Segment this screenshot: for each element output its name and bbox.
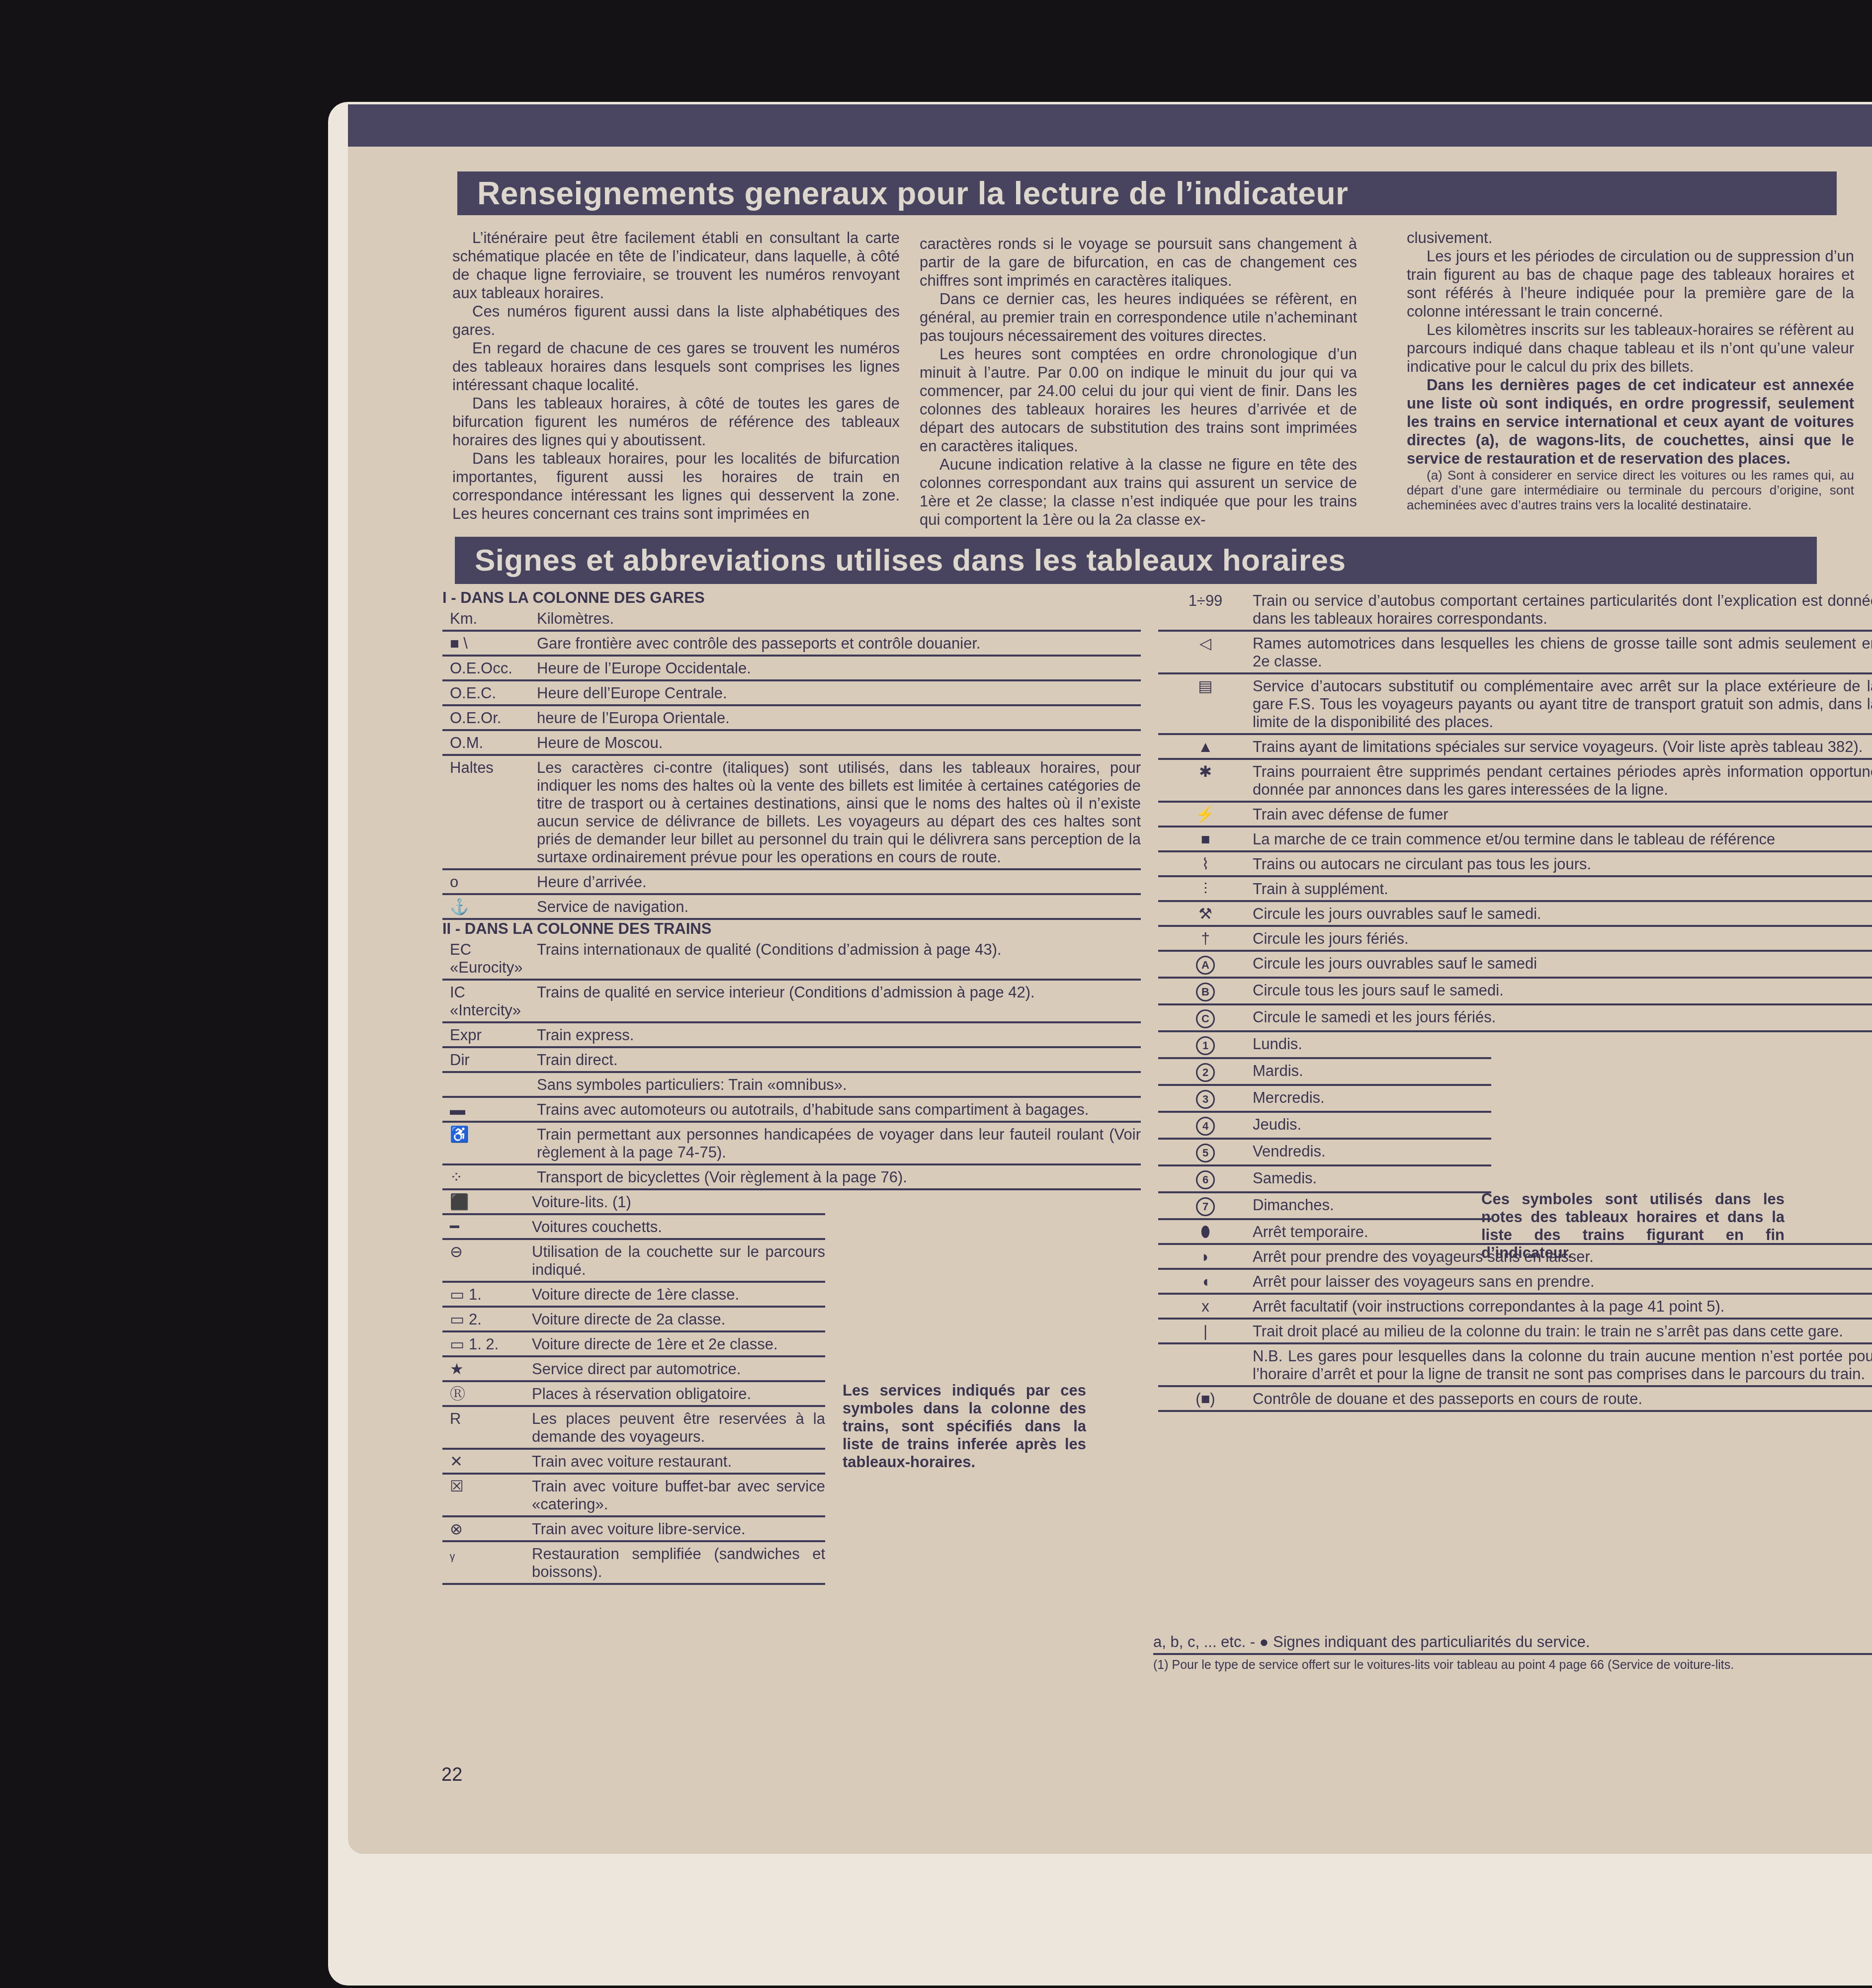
sign-row: ⚒Circule les jours ouvrables sauf le sam… [1158, 902, 1872, 927]
sign-symbol: O.E.Occ. [442, 660, 537, 677]
sign-description: Heure d’arrivée. [537, 873, 1141, 891]
paragraph: En regard de chacune de ces gares se tro… [452, 339, 900, 394]
dropoff-only-icon: ◖ [1158, 1273, 1253, 1291]
through-coach-icon: ▭ 1. [442, 1286, 532, 1304]
sign-row: ✕Train avec voiture restaurant. [442, 1450, 825, 1475]
sign-row: CCircule le samedi et les jours fériés. [1158, 1005, 1872, 1032]
sign-description: Kilomètres. [537, 610, 1141, 628]
sign-row: ⓇPlaces à réservation obligatoire. [442, 1382, 825, 1407]
sign-description: Train avec voiture buffet-bar avec servi… [532, 1478, 825, 1513]
triangle-icon: ▲ [1158, 738, 1253, 756]
sign-row: O.M.Heure de Moscou. [442, 731, 1141, 756]
section-heading: I - DANS LA COLONNE DES GARES [442, 589, 1141, 607]
sign-row: 1Lundis. [1158, 1032, 1491, 1059]
sign-description: Vendredis. [1253, 1143, 1491, 1162]
sign-row: EC «Eurocity»Trains internationaux de qu… [442, 938, 1141, 981]
sign-description: Trains ou autocars ne circulant pas tous… [1253, 855, 1872, 873]
dog-icon: ◁ [1158, 635, 1253, 670]
restaurant-icon: ✕ [442, 1453, 532, 1471]
sign-description: N.B. Les gares pour lesquelles dans la c… [1253, 1347, 1872, 1383]
sleeping-car-icon: ⬛ [442, 1193, 532, 1211]
sign-row: ▬Trains avec automoteurs ou autotrails, … [442, 1098, 1141, 1123]
footer-signs: a, b, c, ... etc. - ● Signes indiquant d… [1153, 1630, 1872, 1655]
sign-row: ▭ 2.Voiture directe de 2a classe. [442, 1308, 825, 1332]
page-title: Renseignements generaux pour la lecture … [457, 171, 1837, 215]
sign-row: xArrêt facultatif (voir instructions cor… [1158, 1295, 1872, 1320]
paragraph: Dans les tableaux horaires, pour les loc… [452, 449, 900, 523]
sign-row: ⚡Train avec défense de fumer [1158, 803, 1872, 828]
paragraph: Ces numéros figurent aussi dans la liste… [452, 302, 900, 339]
sign-description: Trains internationaux de qualité (Condit… [537, 941, 1141, 977]
sign-row: ⫶Train à supplément. [1158, 877, 1872, 902]
couchette-icon: ━ [442, 1218, 532, 1236]
sign-description: Circule les jours ouvrables sauf le same… [1253, 905, 1872, 923]
sign-description: Rames automotrices dans lesquelles les c… [1253, 635, 1872, 670]
sign-row: ■La marche de ce train commence et/ou te… [1158, 828, 1872, 852]
buffet-bar-icon: ☒ [442, 1478, 532, 1513]
sign-row: HaltesLes caractères ci-contre (italique… [442, 756, 1141, 870]
bold-paragraph: Dans les dernières pages de cet indicate… [1407, 376, 1854, 468]
sign-row: O.E.C.Heure dell’Europe Centrale. [442, 681, 1141, 706]
days-note: Ces symboles sont utilisés dans les note… [1481, 1190, 1785, 1262]
temporary-stop-icon: ⬮ [1158, 1223, 1253, 1241]
circle-b-icon: B [1158, 982, 1253, 1001]
supplement-icon: ⫶ [1158, 880, 1253, 898]
couchette-circle-icon: ⊖ [442, 1243, 532, 1279]
sign-description: Trains pourraient être supprimés pendant… [1253, 763, 1872, 799]
railcar-icon: ▬ [442, 1101, 537, 1119]
through-coach-icon: ▭ 1. 2. [442, 1335, 532, 1353]
bus-icon: ▤ [1158, 677, 1253, 731]
circle-a-icon: A [1158, 955, 1253, 975]
sign-row: O.E.Or.heure de l’Europa Orientale. [442, 706, 1141, 731]
sign-row: Km.Kilomètres. [442, 607, 1141, 632]
sign-symbol: O.E.C. [442, 684, 537, 702]
customs-icon: (■) [1158, 1390, 1253, 1408]
sign-row: IC «Intercity»Trains de qualité en servi… [442, 981, 1141, 1023]
sign-symbol: 2 [1158, 1062, 1253, 1082]
sign-symbol: 5 [1158, 1143, 1253, 1162]
sign-description: Train avec voiture libre-service. [532, 1520, 825, 1538]
eurocity-icon: EC «Eurocity» [442, 941, 537, 977]
sign-row: ACircule les jours ouvrables sauf le sam… [1158, 952, 1872, 979]
sign-row: ■ \Gare frontière avec contrôle des pass… [442, 632, 1141, 657]
sign-row: 6Samedis. [1158, 1166, 1491, 1193]
reservation-required-icon: Ⓡ [442, 1385, 532, 1403]
wine-glass-icon: ᵧ [442, 1545, 532, 1581]
sign-description: Heure de l’Europe Occidentale. [537, 660, 1141, 677]
arrival-icon: o [442, 873, 537, 891]
sign-description: Train express. [537, 1026, 1141, 1044]
sign-description: Heure de Moscou. [537, 734, 1141, 752]
sign-row: ◖Arrêt pour laisser des voyageurs sans e… [1158, 1270, 1872, 1295]
sign-description: Train permettant aux personnes handicapé… [537, 1126, 1141, 1161]
bicycle-icon: ⁘ [442, 1168, 537, 1186]
paragraph: Les heures sont comptées en ordre chrono… [920, 345, 1357, 455]
paragraph: caractères ronds si le voyage se poursui… [920, 235, 1357, 290]
sign-symbol: O.M. [442, 734, 537, 752]
sign-description: Samedis. [1253, 1169, 1491, 1189]
asterisk-icon: ✱ [1158, 763, 1253, 799]
sign-symbol: Dir [442, 1051, 537, 1069]
star-icon: ★ [442, 1360, 532, 1378]
paragraph: Dans les tableaux horaires, à côté de to… [452, 394, 900, 449]
sign-description: Gare frontière avec contrôle des passepo… [537, 635, 1141, 653]
sign-row: DirTrain direct. [442, 1048, 1141, 1073]
page-number: 22 [441, 1764, 462, 1786]
sign-description: Circule les jours ouvrables sauf le same… [1253, 955, 1872, 975]
sign-symbol: O.E.Or. [442, 709, 537, 727]
sign-description: Voitures couchetts. [532, 1218, 825, 1236]
sign-row: ᵧRestauration semplifiée (sandwiches et … [442, 1542, 825, 1585]
self-service-icon: ⊗ [442, 1520, 532, 1538]
train-column-note: Les services indiqués par ces symboles d… [843, 1382, 1086, 1471]
sign-row: 2Mardis. [1158, 1059, 1491, 1086]
sign-description: Voiture directe de 1ère et 2e classe. [532, 1335, 825, 1353]
pickup-only-icon: ◗ [1158, 1248, 1253, 1266]
sign-row: ⚓Service de navigation. [442, 895, 1141, 920]
sign-description: Places à réservation obligatoire. [532, 1385, 825, 1403]
no-smoking-icon: ⚡ [1158, 806, 1253, 824]
paragraph: Les kilomètres inscrits sur les tableaux… [1407, 321, 1854, 376]
sign-row: 1÷99Train ou service d’autobus comportan… [1158, 589, 1872, 632]
sign-row: ★Service direct par automotrice. [442, 1357, 825, 1382]
sign-row: ▲Trains ayant de limitations spéciales s… [1158, 735, 1872, 760]
sign-row: ♿Train permettant aux personnes handicap… [442, 1123, 1141, 1165]
hammers-icon: ⚒ [1158, 905, 1253, 923]
intro-column-1: L’iténéraire peut être facilement établi… [452, 229, 900, 523]
wavy-line-icon: ⌇ [1158, 855, 1253, 873]
sign-row: Sans symboles particuliers: Train «omnib… [442, 1073, 1141, 1098]
sign-row: ExprTrain express. [442, 1023, 1141, 1048]
sign-symbol: Expr [442, 1026, 537, 1044]
cross-icon: † [1158, 930, 1253, 948]
sign-symbol [442, 1076, 537, 1094]
sign-symbol: R [442, 1410, 532, 1446]
sign-row: ━Voitures couchetts. [442, 1215, 825, 1240]
sign-description: Train ou service d’autobus comportant ce… [1253, 592, 1872, 628]
sign-description: Contrôle de douane et des passeports en … [1253, 1390, 1872, 1408]
footnote: (1) Pour le type de service offert sur l… [1153, 1655, 1872, 1672]
sign-row: oHeure d’arrivée. [442, 870, 1141, 895]
sign-description: Service de navigation. [537, 898, 1141, 916]
sign-row: ☒Train avec voiture buffet-bar avec serv… [442, 1475, 825, 1517]
sign-description: Sans symboles particuliers: Train «omnib… [537, 1076, 1141, 1094]
sign-description: Mercredis. [1253, 1089, 1491, 1109]
sign-description: Restauration semplifiée (sandwiches et b… [532, 1545, 825, 1581]
sign-description: Train avec défense de fumer [1253, 806, 1872, 824]
paragraph: Dans ce dernier cas, les heures indiquée… [920, 290, 1357, 345]
sign-description: Les places peuvent être reservées à la d… [532, 1410, 825, 1446]
paragraph: Les jours et les périodes de circulation… [1407, 247, 1854, 321]
sign-description: Trait droit placé au milieu de la colonn… [1253, 1323, 1872, 1340]
special-number-icon: 1÷99 [1158, 592, 1253, 628]
sign-symbol: 7 [1158, 1196, 1253, 1216]
sign-row: |Trait droit placé au milieu de la colon… [1158, 1320, 1872, 1344]
sign-description: Train à supplément. [1253, 880, 1872, 898]
sign-row: ⌇Trains ou autocars ne circulant pas tou… [1158, 852, 1872, 877]
border-station-icon: ■ \ [442, 635, 537, 653]
sign-row: BCircule tous les jours sauf le samedi. [1158, 979, 1872, 1005]
sign-symbol: 1 [1158, 1035, 1253, 1055]
footer: a, b, c, ... etc. - ● Signes indiquant d… [1153, 1630, 1872, 1672]
intercity-icon: IC «Intercity» [442, 984, 537, 1019]
sign-row: ▤Service d’autocars substitutif ou compl… [1158, 674, 1872, 735]
sign-row: †Circule les jours fériés. [1158, 927, 1872, 952]
sign-description: Circule le samedi et les jours fériés. [1253, 1008, 1872, 1028]
sign-description: Service direct par automotrice. [532, 1360, 825, 1378]
sign-description: Train avec voiture restaurant. [532, 1453, 825, 1471]
sign-row: 7Dimanches. [1158, 1193, 1491, 1220]
sign-row: ⊖Utilisation de la couchette sur le parc… [442, 1240, 825, 1283]
section-title: Signes et abbreviations utilises dans le… [455, 537, 1817, 584]
sign-row: N.B. Les gares pour lesquelles dans la c… [1158, 1344, 1872, 1387]
through-coach-icon: ▭ 2. [442, 1311, 532, 1328]
sign-description: Arrêt facultatif (voir instructions corr… [1253, 1298, 1872, 1316]
sign-description: Circule les jours fériés. [1253, 930, 1872, 948]
sign-description: Les caractères ci-contre (italiques) son… [537, 759, 1141, 866]
sign-description: Heure dell’Europe Centrale. [537, 684, 1141, 702]
sign-description: Mardis. [1253, 1062, 1491, 1082]
sign-description: Voiture directe de 2a classe. [532, 1311, 825, 1328]
sign-row: ✱Trains pourraient être supprimés pendan… [1158, 760, 1872, 803]
wheelchair-icon: ♿ [442, 1126, 537, 1161]
sign-description: Voiture directe de 1ère classe. [532, 1286, 825, 1304]
sign-description: Dimanches. [1253, 1196, 1491, 1216]
sign-row: 3Mercredis. [1158, 1086, 1491, 1113]
intro-column-2: caractères ronds si le voyage se poursui… [920, 235, 1357, 529]
sign-description: Trains ayant de limitations spéciales su… [1253, 738, 1872, 756]
sign-row: ▭ 1.Voiture directe de 1ère classe. [442, 1283, 825, 1308]
sign-symbol: 6 [1158, 1169, 1253, 1189]
sign-symbol: Haltes [442, 759, 537, 866]
sign-description: Jeudis. [1253, 1116, 1491, 1136]
sign-row: RLes places peuvent être reservées à la … [442, 1407, 825, 1450]
sign-row: ▭ 1. 2.Voiture directe de 1ère et 2e cla… [442, 1332, 825, 1357]
sign-description: Service d’autocars substitutif ou complé… [1253, 677, 1872, 731]
sign-description: Trains avec automoteurs ou autotrails, d… [537, 1101, 1141, 1119]
sign-symbol: 4 [1158, 1116, 1253, 1136]
sign-row: ◁Rames automotrices dans lesquelles les … [1158, 632, 1872, 674]
sign-description: Utilisation de la couchette sur le parco… [532, 1243, 825, 1279]
ship-icon: ⚓ [442, 898, 537, 916]
optional-stop-icon: x [1158, 1298, 1253, 1316]
paragraph: Aucune indication relative à la classe n… [920, 455, 1357, 529]
sign-row: ⬛Voiture-lits. (1) [442, 1190, 825, 1215]
sign-description: Train direct. [537, 1051, 1141, 1069]
sign-description: Transport de bicyclettes (Voir règlement… [537, 1168, 1141, 1186]
sign-description: heure de l’Europa Orientale. [537, 709, 1141, 727]
sign-row: O.E.Occ.Heure de l’Europe Occidentale. [442, 657, 1141, 681]
document-page: Renseignements generaux pour la lecture … [348, 104, 1872, 1854]
sign-description: Trains de qualité en service interieur (… [537, 984, 1141, 1019]
section-heading: II - DANS LA COLONNE DES TRAINS [442, 920, 1141, 938]
vertical-line-icon: | [1158, 1323, 1253, 1340]
top-color-band [348, 104, 1872, 147]
square-icon: ■ [1158, 830, 1253, 848]
sign-description: Lundis. [1253, 1035, 1491, 1055]
sign-description: Arrêt pour laisser des voyageurs sans en… [1253, 1273, 1872, 1291]
sign-row: 5Vendredis. [1158, 1140, 1491, 1166]
paragraph: L’iténéraire peut être facilement établi… [452, 229, 900, 302]
sign-description: Voiture-lits. (1) [532, 1193, 825, 1211]
sign-symbol: Km. [442, 610, 537, 628]
footnote-a: (a) Sont à considerer en service direct … [1407, 468, 1854, 512]
sign-row: (■)Contrôle de douane et des passeports … [1158, 1387, 1872, 1412]
intro-column-3: clusivement. Les jours et les périodes d… [1407, 229, 1854, 512]
sign-symbol: 3 [1158, 1089, 1253, 1109]
sign-row: ⁘Transport de bicyclettes (Voir règlemen… [442, 1165, 1141, 1190]
sign-symbol [1158, 1347, 1253, 1383]
sign-description: Circule tous les jours sauf le samedi. [1253, 982, 1872, 1001]
paragraph: clusivement. [1407, 229, 1854, 247]
sign-description: La marche de ce train commence et/ou ter… [1253, 830, 1872, 848]
right-sign-list: 1÷99Train ou service d’autobus comportan… [1158, 589, 1872, 1412]
sign-row: 4Jeudis. [1158, 1113, 1491, 1140]
sign-row: ⊗Train avec voiture libre-service. [442, 1517, 825, 1542]
circle-c-icon: C [1158, 1008, 1253, 1028]
